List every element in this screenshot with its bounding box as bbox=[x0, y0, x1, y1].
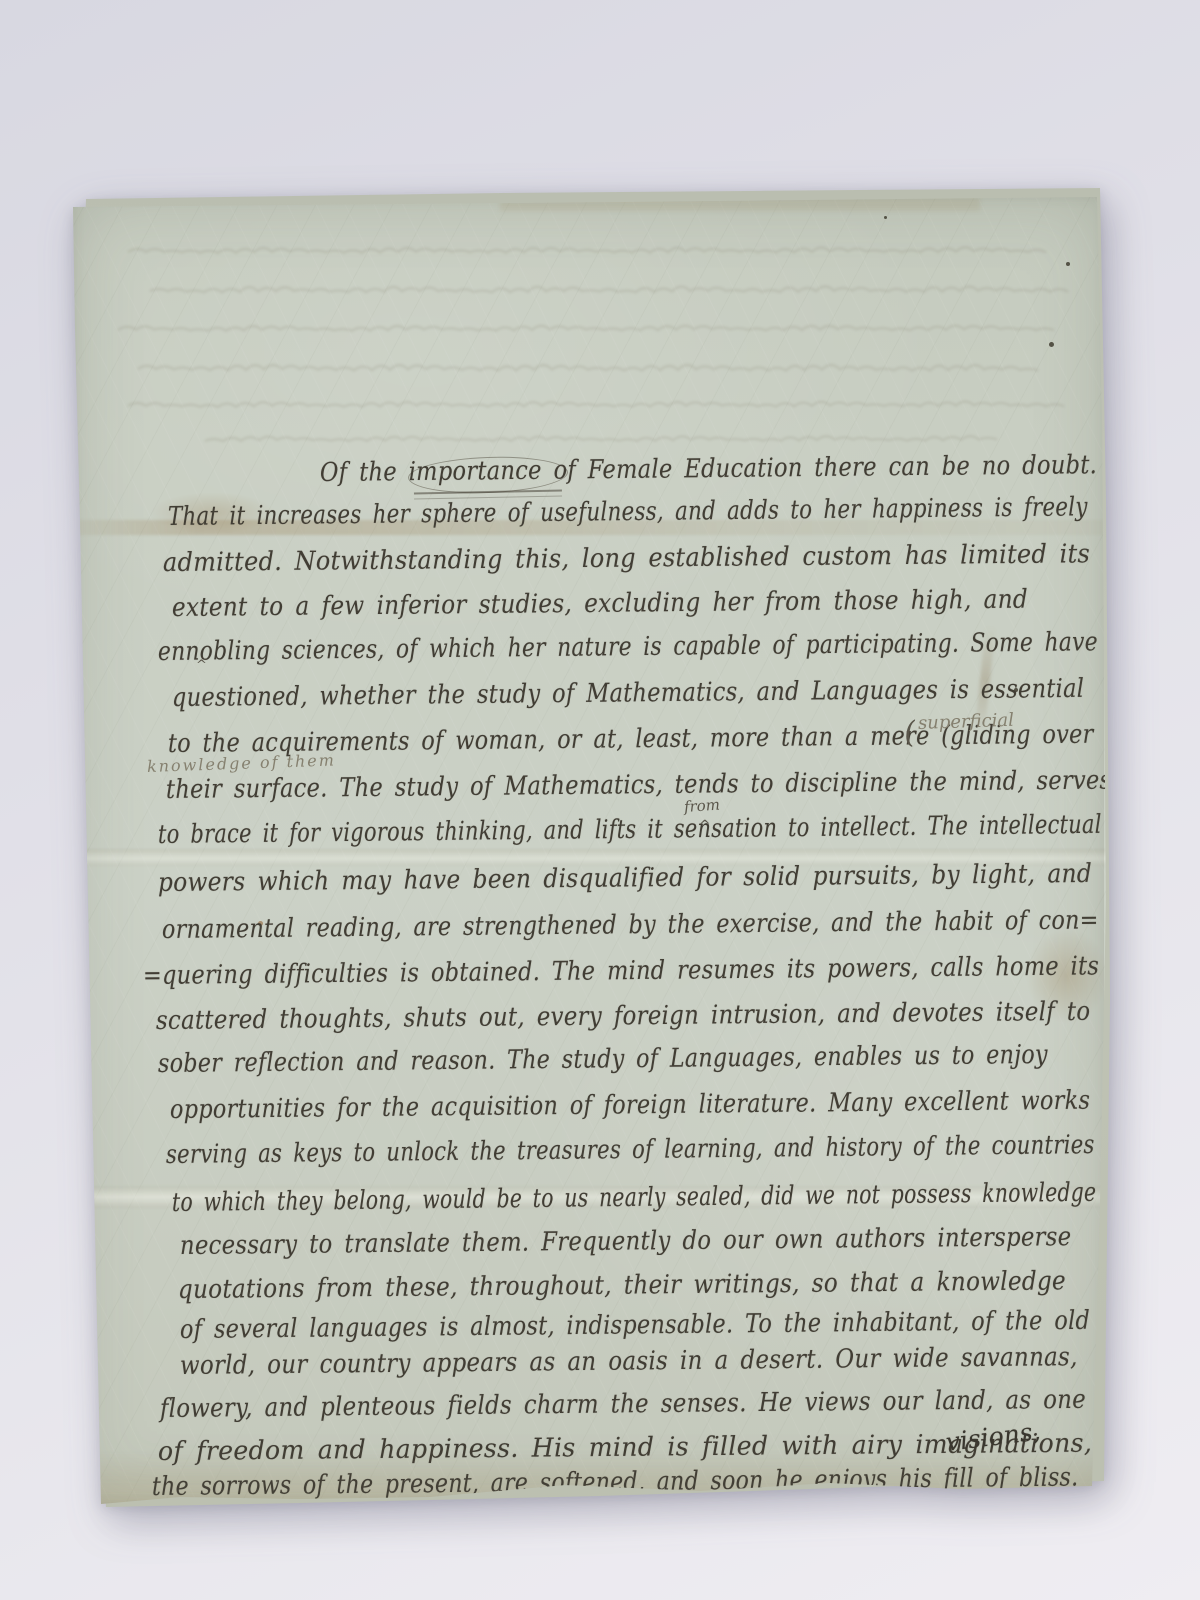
photograph-backdrop: Of the importance of Female Education th… bbox=[0, 0, 1200, 1600]
paper-edge-shading bbox=[73, 197, 1104, 1505]
paper-shadow-wrapper: Of the importance of Female Education th… bbox=[0, 0, 1200, 1600]
letter-page: Of the importance of Female Education th… bbox=[0, 0, 1200, 1600]
